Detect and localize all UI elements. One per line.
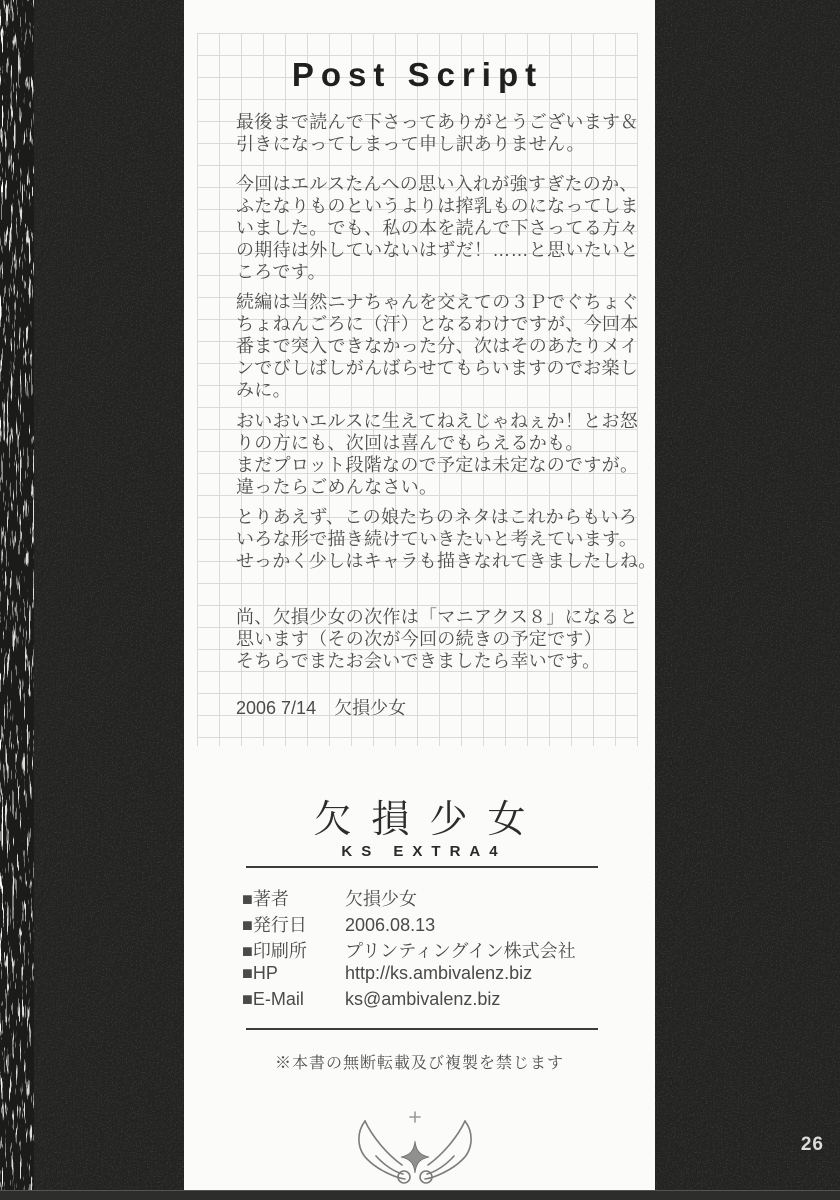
divider-bottom [246, 1028, 598, 1030]
paper-page: Post Script 最後まで読んで下さってありがとうございます＆ 引きになっ… [184, 0, 655, 1192]
colophon-value: 欠損少女 [345, 885, 417, 911]
page-number: 26 [801, 1134, 824, 1156]
scanned-page: Post Script 最後まで読んで下さってありがとうございます＆ 引きになっ… [0, 0, 840, 1200]
postscript-paragraph-6: 尚、欠損少女の次作は「マニアクス８」になると 思います（その次が今回の続きの予定… [236, 606, 631, 672]
colophon-value: 2006.08.13 [345, 915, 435, 936]
postscript-paragraph-3: 続編は当然ニナちゃんを交えての３Ｐでぐちょぐ ちょねんごろに（汗）となるわけです… [236, 291, 631, 401]
colophon-row-author: ■著者 欠損少女 [242, 885, 576, 911]
colophon-row-publish-date: ■発行日 2006.08.13 [242, 911, 576, 937]
postscript-title: Post Script [197, 56, 638, 94]
colophon-url: http://ks.ambivalenz.biz [345, 963, 532, 984]
colophon-row-homepage: ■HP http://ks.ambivalenz.biz [242, 963, 576, 989]
colophon-label: ■E-Mail [242, 989, 340, 1010]
postscript-paragraph-4: おいおいエルスに生えてねえじゃねぇか！とお怒 りの方にも、次回は喜んでもらえるか… [236, 410, 631, 498]
colophon-label: ■印刷所 [242, 937, 340, 963]
book-title: 欠損少女 [184, 788, 655, 843]
scan-edge-bottom [0, 1190, 840, 1200]
colophon-row-email: ■E-Mail ks@ambivalenz.biz [242, 989, 576, 1015]
colophon-email: ks@ambivalenz.biz [345, 989, 500, 1010]
book-spine-texture [0, 0, 34, 1200]
winged-cross-emblem-icon [355, 1111, 475, 1191]
divider-top [246, 866, 598, 868]
colophon-row-printer: ■印刷所 プリンティングイン株式会社 [242, 937, 576, 963]
postscript-signature: 2006 7/14 欠損少女 [236, 694, 406, 720]
colophon-value: プリンティングイン株式会社 [345, 937, 576, 963]
book-subtitle: KS EXTRA4 [184, 843, 655, 860]
colophon: ■著者 欠損少女 ■発行日 2006.08.13 ■印刷所 プリンティングイン株… [242, 885, 576, 1015]
postscript-paragraph-5: とりあえず、この娘たちのネタはこれからもいろ いろな形で描き続けていきたいと考え… [236, 506, 631, 572]
copyright-notice: ※本書の無断転載及び複製を禁じます [184, 1050, 655, 1073]
postscript-paragraph-1: 最後まで読んで下さってありがとうございます＆ 引きになってしまって申し訳ありませ… [236, 111, 631, 155]
postscript-paragraph-2: 今回はエルスたんへの思い入れが強すぎたのか、 ふたなりものというよりは搾乳ものに… [236, 173, 631, 283]
colophon-label: ■発行日 [242, 911, 340, 937]
colophon-label: ■著者 [242, 885, 340, 911]
colophon-label: ■HP [242, 963, 340, 984]
